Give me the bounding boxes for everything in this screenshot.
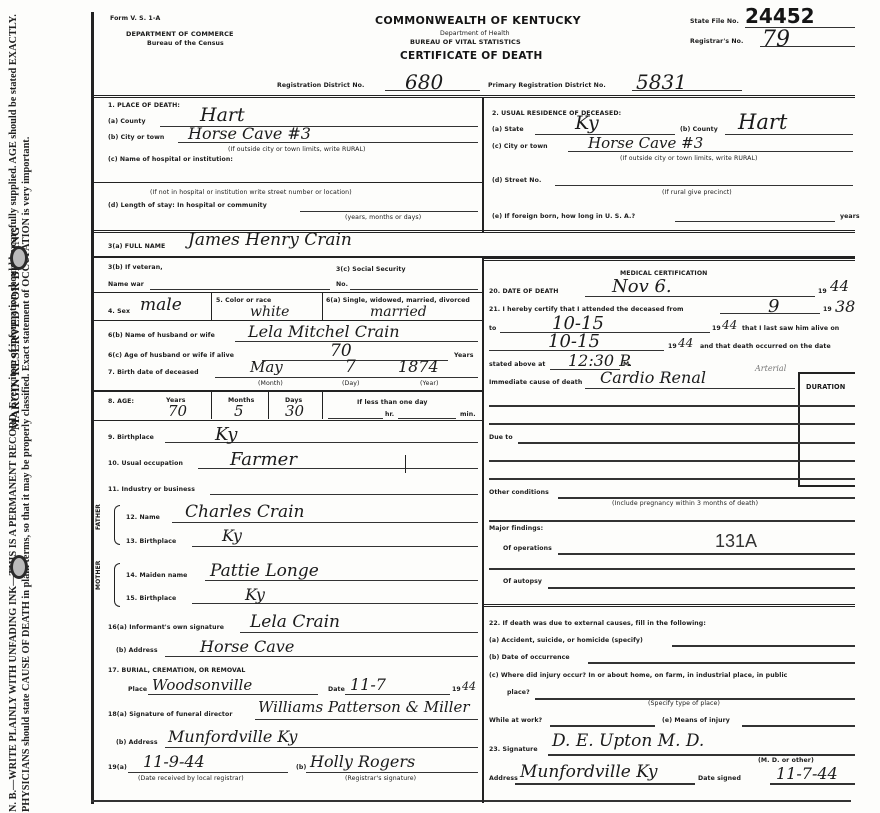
death-city-label: (b) City or town <box>108 134 164 141</box>
death-county-value: Hart <box>200 104 245 126</box>
injury-location-label: (c) Where did injury occur? In or about … <box>489 672 787 679</box>
operations-label: Of operations <box>503 545 552 552</box>
mother-name-value: Pattie Longe <box>210 561 319 581</box>
date-received-caption: (Date received by local registrar) <box>138 775 244 782</box>
death-year-prefix: 19 <box>818 288 827 295</box>
registration-district-number: 680 <box>405 70 443 94</box>
due-to-label: Due to <box>489 434 513 441</box>
month-caption: (Month) <box>258 380 283 387</box>
residence-state-label: (a) State <box>492 126 524 133</box>
department-commerce: DEPARTMENT OF COMMERCE <box>126 30 234 38</box>
residence-state-value: Ky <box>575 112 599 134</box>
department-health: Department of Health <box>440 30 510 37</box>
burial-place-value: Woodsonville <box>152 676 252 694</box>
father-name-label: 12. Name <box>126 514 160 521</box>
attended-to-label: to <box>489 325 496 332</box>
foreign-born-label: (e) If foreign born, how long in U. S. A… <box>492 213 635 220</box>
immediate-cause-value: Cardio Renal <box>600 368 706 387</box>
death-year-value: 44 <box>830 277 849 295</box>
date-signed-label: Date signed <box>698 775 741 782</box>
name-war-label: Name war <box>108 281 144 288</box>
mother-birthplace-label: 15. Birthplace <box>126 595 176 602</box>
age-days-value: 30 <box>285 402 304 420</box>
length-of-stay-label: (d) Length of stay: In hospital or commu… <box>108 202 267 209</box>
spouse-name-label: 6(b) Name of husband or wife <box>108 332 215 339</box>
death-city-note: (If outside city or town limits, write R… <box>228 146 366 153</box>
spouse-age-suffix: Years <box>454 352 474 359</box>
means-of-injury-label: (e) Means of injury <box>662 717 730 724</box>
bureau-census: Bureau of the Census <box>147 40 224 47</box>
mother-birthplace-value: Ky <box>245 585 265 604</box>
funeral-address-label: (b) Address <box>116 739 158 746</box>
mother-tag: MOTHER <box>95 560 102 590</box>
full-name-label: 3(a) FULL NAME <box>108 243 165 250</box>
hospital-note: (If not in hospital or institution write… <box>150 189 352 196</box>
industry-label: 11. Industry or business <box>108 486 195 493</box>
date-received-label: 19(a) <box>108 764 127 771</box>
full-name-value: James Henry Crain <box>188 230 352 250</box>
last-saw-alive-label: that I last saw him alive on <box>742 325 839 332</box>
residence-city-value: Horse Cave #3 <box>588 134 703 152</box>
registrar-signature-caption: (Registrar's signature) <box>345 775 416 782</box>
informant-signature-value: Lela Crain <box>250 612 340 632</box>
external-causes-heading: 22. If death was due to external causes,… <box>489 620 706 627</box>
from-year-value: 38 <box>835 297 855 316</box>
duration-label: DURATION <box>806 383 845 391</box>
color-race-value: white <box>250 304 289 320</box>
year-caption: (Year) <box>420 380 439 387</box>
physician-signature-value: D. E. Upton M. D. <box>552 731 704 751</box>
foreign-born-suffix: years <box>840 213 860 220</box>
residence-county-value: Hart <box>738 110 787 134</box>
street-note: (If rural give precinct) <box>662 189 732 196</box>
date-signed-value: 11-7-44 <box>776 764 838 783</box>
registrar-signature-value: Holly Rogers <box>310 752 415 771</box>
physician-signature-label: 23. Signature <box>489 746 538 753</box>
registrar-number-label: Registrar's No. <box>690 38 743 45</box>
place-note: (Specify type of place) <box>648 700 720 707</box>
father-bracket <box>114 505 120 545</box>
father-birthplace-label: 13. Birthplace <box>126 538 176 545</box>
street-label: (d) Street No. <box>492 177 541 184</box>
operations-value: 131A <box>715 531 757 552</box>
place-of-death-heading: 1. PLACE OF DEATH: <box>108 102 180 109</box>
while-at-work-label: While at work? <box>489 717 542 724</box>
primary-district-number: 5831 <box>636 70 687 94</box>
spouse-name-value: Lela Mitchel Crain <box>248 322 400 341</box>
ssn-label: 3(c) Social Security <box>336 266 406 273</box>
alive-year-prefix: 19 <box>668 343 677 350</box>
spouse-age-label: 6(c) Age of husband or wife if alive <box>108 352 234 359</box>
date-of-death-value: Nov 6. <box>612 276 672 297</box>
sex-label: 4. Sex <box>108 308 130 315</box>
registrar-signature-label: (b) <box>296 764 306 771</box>
birth-date-label: 7. Birth date of deceased <box>108 369 199 376</box>
state-file-number: 24452 <box>745 4 815 28</box>
burial-date-value: 11-7 <box>350 675 386 694</box>
informant-address-value: Horse Cave <box>200 637 294 656</box>
date-received-value: 11-9-44 <box>143 752 205 771</box>
form-border-bottom <box>91 800 851 802</box>
birth-year-value: 1874 <box>398 357 439 376</box>
burial-date-label: Date <box>328 686 345 693</box>
birth-month-value: May <box>250 358 283 376</box>
other-conditions-note: (Include pregnancy within 3 months of de… <box>612 500 758 507</box>
immediate-cause-label: Immediate cause of death <box>489 379 582 386</box>
date-of-death-label: 20. DATE OF DEATH <box>489 288 559 295</box>
funeral-address-value: Munfordville Ky <box>168 727 297 746</box>
death-occurred-label: and that death occurred on the date <box>700 343 831 350</box>
accident-label: (a) Accident, suicide, or homicide (spec… <box>489 637 643 644</box>
residence-heading: 2. USUAL RESIDENCE OF DECEASED: <box>492 110 621 117</box>
minutes-label: min. <box>460 411 476 418</box>
stated-above-label: stated above at <box>489 361 545 368</box>
registration-district-label: Registration District No. <box>277 82 364 89</box>
funeral-director-value: Williams Patterson & Miller <box>258 698 470 716</box>
from-year-prefix: 19 <box>823 306 832 313</box>
birth-day-value: 7 <box>345 357 356 377</box>
age-years-value: 70 <box>168 402 187 420</box>
veteran-label: 3(b) If veteran, <box>108 264 163 271</box>
other-conditions-label: Other conditions <box>489 489 549 496</box>
autopsy-label: Of autopsy <box>503 578 542 585</box>
mother-name-label: 14. Maiden name <box>126 572 187 579</box>
time-suffix: M. <box>623 361 632 368</box>
length-of-stay-note: (years, months or days) <box>345 214 421 221</box>
physician-signature-caption: (M. D. or other) <box>758 757 814 764</box>
age-label: 8. AGE: <box>108 398 134 405</box>
death-city-value: Horse Cave #3 <box>188 124 311 143</box>
primary-district-label: Primary Registration District No. <box>488 82 606 89</box>
immediate-cause-note: Arterial <box>755 364 786 373</box>
major-findings-label: Major findings: <box>489 525 543 532</box>
father-name-value: Charles Crain <box>185 502 305 522</box>
residence-city-label: (c) City or town <box>492 143 548 150</box>
date-occurrence-label: (b) Date of occurrence <box>489 654 570 661</box>
occupation-value: Farmer <box>230 449 297 470</box>
certificate-title: CERTIFICATE OF DEATH <box>400 50 543 62</box>
residence-city-note: (If outside city or town limits, write R… <box>620 155 758 162</box>
funeral-director-label: 18(a) Signature of funeral director <box>108 711 232 718</box>
physician-address-value: Munfordville Ky <box>520 762 657 782</box>
form-border-left <box>91 12 94 804</box>
alive-year-value: 44 <box>678 336 693 350</box>
father-birthplace-value: Ky <box>222 526 242 545</box>
state-file-label: State File No. <box>690 18 739 25</box>
burial-place-label: Place <box>128 686 147 693</box>
father-tag: FATHER <box>95 504 102 530</box>
commonwealth-title: COMMONWEALTH OF KENTUCKY <box>375 14 581 27</box>
age-months-value: 5 <box>234 402 244 420</box>
to-year-prefix: 19 <box>712 325 721 332</box>
bureau-vital-statistics: BUREAU OF VITAL STATISTICS <box>410 38 521 46</box>
registrar-number: 79 <box>762 27 790 52</box>
informant-signature-label: 16(a) Informant's own signature <box>108 624 224 631</box>
occupation-label: 10. Usual occupation <box>108 460 183 467</box>
punch-hole-top <box>10 246 28 270</box>
form-number: Form V. S. 1-A <box>110 15 160 22</box>
marital-status-value: married <box>370 304 427 320</box>
burial-year-prefix: 19 <box>452 686 461 693</box>
punch-hole-bottom <box>10 555 28 579</box>
to-year-value: 44 <box>722 318 737 332</box>
birthplace-value: Ky <box>215 424 237 445</box>
ssn-number-label: No. <box>336 281 348 288</box>
burial-heading: 17. BURIAL, CREMATION, OR REMOVAL <box>108 667 245 674</box>
attended-from-value: 9 <box>768 296 779 317</box>
sex-value: male <box>140 295 182 315</box>
death-county-label: (a) County <box>108 118 146 125</box>
mother-bracket <box>114 563 120 607</box>
hospital-label: (c) Name of hospital or institution: <box>108 156 233 163</box>
day-caption: (Day) <box>342 380 360 387</box>
place-label: place? <box>507 689 530 696</box>
attended-from-label: 21. I hereby certify that I attended the… <box>489 306 684 313</box>
burial-year-value: 44 <box>462 680 476 693</box>
informant-address-label: (b) Address <box>116 647 158 654</box>
last-alive-value: 10-15 <box>548 331 600 352</box>
physician-address-label: Address <box>489 775 518 782</box>
hours-label: hr. <box>385 411 394 418</box>
residence-county-label: (b) County <box>680 126 718 133</box>
birthplace-label: 9. Birthplace <box>108 434 154 441</box>
less-than-day-label: If less than one day <box>357 399 428 406</box>
